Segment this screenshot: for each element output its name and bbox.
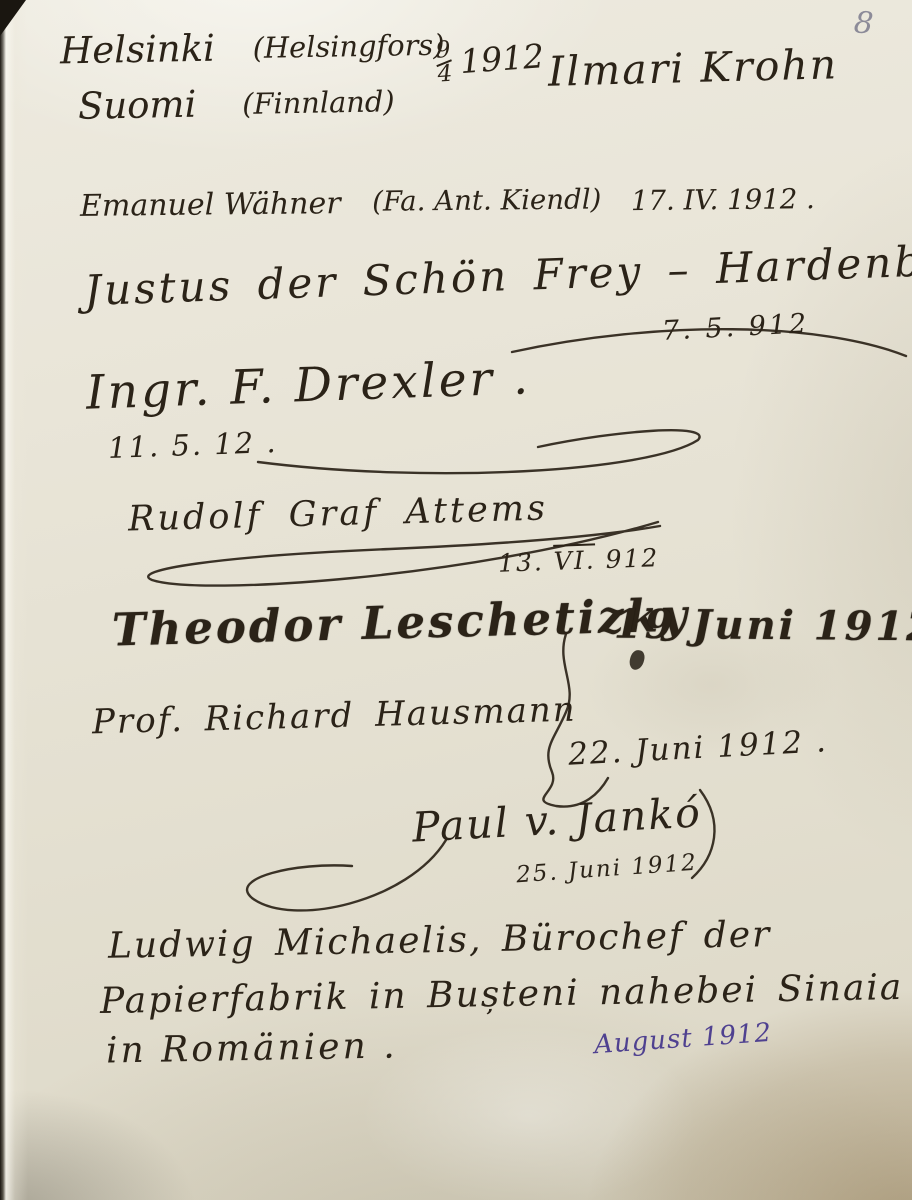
entry-krohn-city-line: Helsinki (Helsingfors) [60, 23, 445, 73]
attems-date-month: VI. [553, 545, 596, 575]
entry-janko-signature: Paul v. Jankó [411, 788, 703, 851]
entry-michaelis-line2: Papierfabrik in Bușteni nahebei Sinaia [100, 967, 904, 1022]
entry-drexler-signature: Ingr. F. Drexler . [85, 350, 532, 420]
entry-krohn-date: 9 4 1912 [435, 34, 546, 85]
entry-hausmann-date: 22. Juni 1912 . [567, 723, 828, 773]
entry-drexler-date: 11. 5. 12 . [107, 425, 278, 465]
entry-attems-signature: Rudolf Graf Attems [128, 489, 549, 540]
entry-michaelis-date: August 1912 [593, 1018, 773, 1060]
entry-leschetizky-signature: Theodor Leschetizky [111, 588, 690, 656]
krohn-country: Suomi [78, 83, 197, 128]
attems-date-year: 912 [605, 543, 660, 574]
entry-hausmann-signature: Prof. Richard Hausmann [92, 690, 578, 743]
page-corner-shadow [0, 0, 26, 36]
waehner-firm: (Fa. Ant. Kiendl) [372, 182, 602, 217]
entry-leschetizky-date: 19 Juni 1912 [614, 601, 912, 651]
entry-schoen-signature: Justus der Schön Frey – Hardenberg [83, 234, 912, 315]
krohn-date-numerator: 9 [435, 41, 451, 62]
krohn-date-fraction: 9 4 [435, 41, 454, 85]
page-number: 8 [853, 5, 875, 42]
entry-schoen-date: 7. 5. 912 [661, 308, 810, 347]
entry-michaelis-line1: Ludwig Michaelis, Bürochef der [108, 914, 772, 967]
entry-michaelis-line3: in Romänien . [106, 1025, 398, 1071]
entry-krohn-signature: Ilmari Krohn [547, 40, 838, 96]
krohn-date-denominator: 4 [437, 64, 453, 85]
flourish-drexler-underline [258, 430, 700, 473]
krohn-city: Helsinki [60, 27, 216, 73]
guestbook-page: 8 Helsinki (Helsingfors) Suomi (Finnland… [0, 0, 912, 1200]
krohn-city-paren: (Helsingfors) [252, 28, 444, 65]
waehner-date: 17. IV. 1912 . [631, 182, 815, 217]
krohn-date-year: 1912 [459, 36, 546, 81]
krohn-country-paren: (Finnland) [242, 84, 395, 121]
attems-date-day: 13. [498, 547, 545, 578]
entry-waehner: Emanuel Wähner (Fa. Ant. Kiendl) 17. IV.… [80, 180, 815, 224]
entry-krohn-country-line: Suomi (Finnland) [78, 79, 395, 128]
ink-blot [628, 649, 646, 671]
waehner-signature: Emanuel Wähner [80, 186, 341, 224]
entry-attems-date: 13. VI. 912 [498, 543, 660, 578]
entry-janko-date: 25. Juni 1912 [515, 850, 698, 889]
